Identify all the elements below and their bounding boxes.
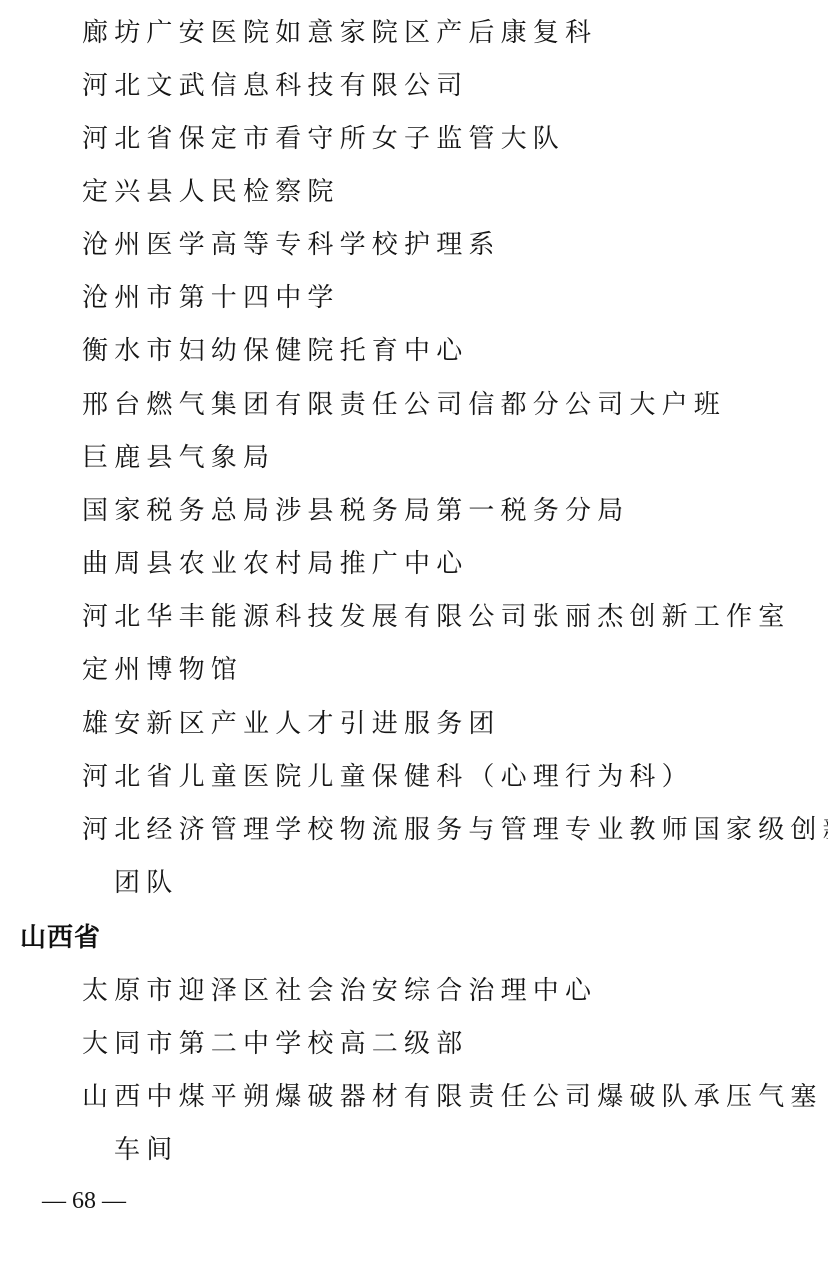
organization-name: 国家税务总局涉县税务局第一税务分局 [82, 496, 629, 526]
list-item: 国家税务总局涉县税务局第一税务分局 [82, 495, 629, 527]
section-heading-shanxi: 山西省 [20, 922, 101, 954]
organization-name: 沧州市第十四中学 [82, 283, 340, 313]
organization-name: 河北经济管理学校物流服务与管理专业教师国家级创新 [82, 815, 828, 845]
organization-name-continuation: 团队 [114, 867, 178, 899]
organization-name: 曲周县农业农村局推广中心 [82, 549, 468, 579]
organization-name: 大同市第二中学校高二级部 [82, 1029, 468, 1059]
list-item: 定州博物馆 [82, 654, 243, 686]
list-item: 定兴县人民检察院 [82, 176, 340, 208]
organization-name: 河北文武信息科技有限公司 [82, 71, 468, 101]
organization-name: 衡水市妇幼保健院托育中心 [82, 336, 468, 366]
list-item: 雄安新区产业人才引进服务团 [82, 708, 501, 740]
list-item: 曲周县农业农村局推广中心 [82, 548, 468, 580]
organization-name: 定兴县人民检察院 [82, 177, 340, 207]
organization-name: 沧州医学高等专科学校护理系 [82, 230, 501, 260]
organization-name: 廊坊广安医院如意家院区产后康复科 [82, 18, 597, 48]
list-item: 邢台燃气集团有限责任公司信都分公司大户班 [82, 389, 726, 421]
list-item: 河北文武信息科技有限公司 [82, 70, 468, 102]
list-item: 河北华丰能源科技发展有限公司张丽杰创新工作室 [82, 601, 790, 633]
page-number: — 68 — [42, 1186, 126, 1216]
organization-name: 巨鹿县气象局 [82, 443, 275, 473]
list-item: 廊坊广安医院如意家院区产后康复科 [82, 17, 597, 49]
list-item: 河北经济管理学校物流服务与管理专业教师国家级创新 团队 [82, 814, 828, 846]
organization-name: 雄安新区产业人才引进服务团 [82, 709, 501, 739]
organization-name: 河北华丰能源科技发展有限公司张丽杰创新工作室 [82, 602, 790, 632]
organization-name: 山西中煤平朔爆破器材有限责任公司爆破队承压气塞 [82, 1082, 823, 1112]
organization-name-continuation: 车间 [114, 1134, 178, 1166]
list-item: 沧州市第十四中学 [82, 282, 340, 314]
list-item: 河北省保定市看守所女子监管大队 [82, 123, 565, 155]
list-item: 沧州医学高等专科学校护理系 [82, 229, 501, 261]
list-item: 巨鹿县气象局 [82, 442, 275, 474]
organization-name: 邢台燃气集团有限责任公司信都分公司大户班 [82, 390, 726, 420]
organization-name: 定州博物馆 [82, 655, 243, 685]
organization-name: 河北省保定市看守所女子监管大队 [82, 124, 565, 154]
document-page: 廊坊广安医院如意家院区产后康复科 河北文武信息科技有限公司 河北省保定市看守所女… [0, 0, 828, 1280]
list-item: 大同市第二中学校高二级部 [82, 1028, 468, 1060]
organization-name: 河北省儿童医院儿童保健科（心理行为科） [82, 762, 694, 792]
organization-name: 太原市迎泽区社会治安综合治理中心 [82, 976, 597, 1006]
list-item: 山西中煤平朔爆破器材有限责任公司爆破队承压气塞 车间 [82, 1081, 823, 1113]
list-item: 衡水市妇幼保健院托育中心 [82, 335, 468, 367]
list-item: 太原市迎泽区社会治安综合治理中心 [82, 975, 597, 1007]
list-item: 河北省儿童医院儿童保健科（心理行为科） [82, 761, 694, 793]
